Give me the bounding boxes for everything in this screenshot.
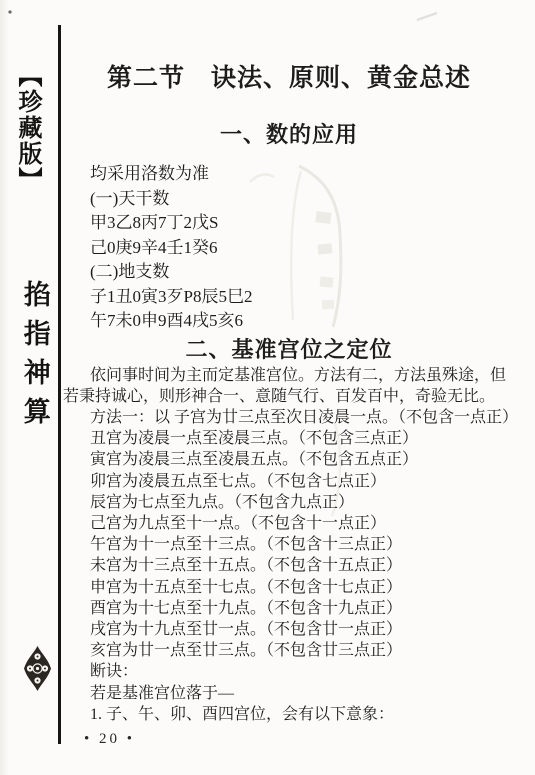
spine-edition-label: 【珍藏版】 <box>15 63 39 193</box>
hour-line: 己宫为九点至十一点。（不包含十一点正） <box>63 513 515 534</box>
hour-line: 午宫为十一点至十三点。（不包含十三点正） <box>63 534 515 555</box>
hour-line: 丑宫为凌晨一点至凌晨三点。（不包含三点正） <box>63 428 515 449</box>
palace-heading: 二、基准宫位之定位 <box>63 337 515 363</box>
spine-book-title: 掐指神算 <box>19 280 49 436</box>
spine-divider-line <box>58 25 61 744</box>
numbers-block: 均采用洛数为准 (一)天干数 甲3乙8丙7丁2戊S 己0庚9辛4壬1癸6 (二)… <box>63 162 515 334</box>
numbers-line: 子1丑0寅3歹P8辰5巳2 <box>63 285 515 310</box>
hour-line: 申宫为十五点至十七点。（不包含十七点正） <box>63 577 515 598</box>
verdict-line: 1. 子、午、卯、酉四宫位，会有以下意象： <box>63 704 515 725</box>
scanned-book-page: 【珍藏版】 掐指神算 第二节 诀法、原则、黄金总述 一、数的应用 均采用洛数为准… <box>0 0 535 775</box>
paragraph-line: 若秉持诚心，则形神合一、意随气行、百发百中，奇验无比。 <box>63 386 515 407</box>
numbers-line: 甲3乙8丙7丁2戊S <box>63 211 515 236</box>
hour-line: 卯宫为凌晨五点至七点。（不包含七点正） <box>63 471 515 492</box>
page-content: 第二节 诀法、原则、黄金总述 一、数的应用 均采用洛数为准 (一)天干数 甲3乙… <box>63 0 515 725</box>
hour-line: 亥宫为廿一点至廿三点。（不包含廿三点正） <box>63 640 515 661</box>
numbers-line: (一)天干数 <box>63 187 515 212</box>
paragraph-line: 依问事时间为主而定基准宫位。方法有二，方法虽殊途，但 <box>63 365 515 386</box>
verdict-line: 断诀： <box>63 661 515 682</box>
hour-line: 戌宫为十九点至廿一点。（不包含廿一点正） <box>63 619 515 640</box>
numbers-line: (二)地支数 <box>63 260 515 285</box>
numbers-line: 午7未0申9酉4戌5亥6 <box>63 309 515 334</box>
numbers-heading: 一、数的应用 <box>63 122 515 148</box>
hour-line: 酉宫为十七点至十九点。（不包含十九点正） <box>63 598 515 619</box>
hour-line: 未宫为十三点至十五点。（不包含十五点正） <box>63 555 515 576</box>
section-title: 第二节 诀法、原则、黄金总述 <box>63 64 515 94</box>
ornament-stamp-icon <box>23 645 52 692</box>
hour-line: 寅宫为凌晨三点至凌晨五点。（不包含五点正） <box>63 449 515 470</box>
hour-line: 方法一：以 子宫为廿三点至次日凌晨一点。（不包含一点正） <box>63 407 515 428</box>
hour-line: 辰宫为七点至九点。（不包含九点正） <box>63 492 515 513</box>
palace-body: 依问事时间为主而定基准宫位。方法有二，方法虽殊途，但 若秉持诚心，则形神合一、意… <box>63 365 515 725</box>
numbers-line: 己0庚9辛4壬1癸6 <box>63 236 515 261</box>
page-number: • 20 • <box>84 731 135 748</box>
verdict-line: 若是基准宫位落于— <box>63 683 515 704</box>
numbers-line: 均采用洛数为准 <box>63 162 515 187</box>
